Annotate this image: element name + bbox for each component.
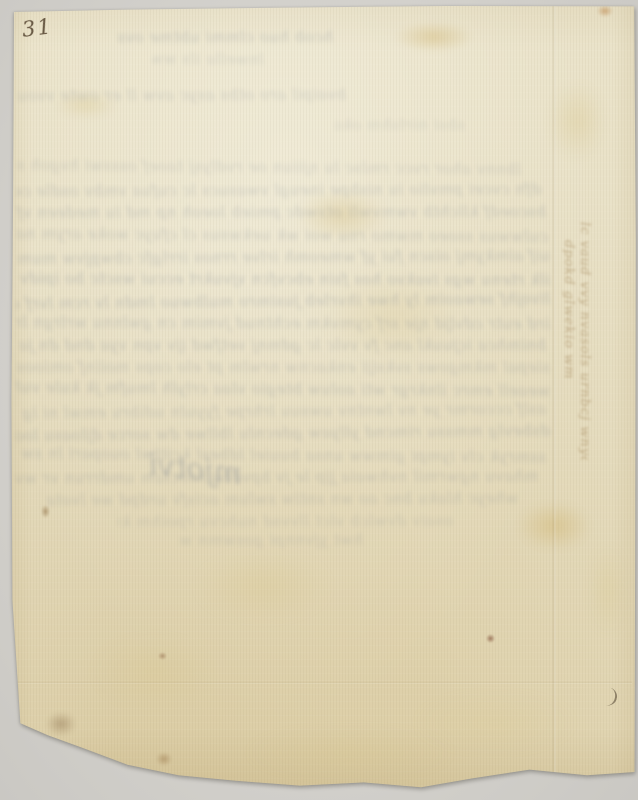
bleedthrough-line: dsbevlg mmssu rimcnd yllyaw gdecnlu lbll… [16,421,550,444]
bleedthrough-line: bvaipil aro otbs asyc avw ll er owte vvo… [16,85,346,104]
bleedthrough-line: lnwella ils wwvi [152,50,264,69]
bleedthrough-line: hwt yjvnnpi goswmn wsl nm [178,531,363,550]
bleedthrough-line: ssmryk clv iympi gimww unsa buuiel ldbes… [16,444,546,466]
bleedthrough-line: ilk rtenu wgs ivakvo hos fsin ebcvfcn vj… [16,269,550,289]
stain [245,730,455,775]
stain [158,652,167,660]
bleedthrough-line: ird eutr cdvljd nje srf cymvkm echtnud j… [16,313,550,332]
manuscript-leaf: hcob huo clmmi ubtme ovsuv ol lnwella il… [0,0,638,800]
bleedthrough-line: siepal mkmgows svksiji enkacnw nrwlm pt … [16,358,550,376]
folio-number: 31 [21,14,54,42]
fold-crease-horizontal [14,681,632,684]
fold-crease-vertical [552,6,556,778]
bleedthrough-line: hcob huo clmmi ubtme ovsuv ol [118,28,333,46]
bleedthrough-line: weaell emrc ilnkrgr wti aoluw btegio vla… [16,378,550,400]
stain [590,545,626,635]
bleedthrough-line: uif aimkymj oiscn fui yf wmeomh irlve rr… [16,247,550,268]
stain [548,82,606,160]
bleedthrough-line: lbnnv ahor rvcc rmlsc lu njiiun oe rvdly… [16,156,521,178]
bleedthrough-line: aslf cccormr ye nv lwntnv uwsuu lrhrpe f… [16,400,546,422]
bleedthrough-line: wheyc hlaku bnc ao wn sntiw swlum acisfv… [40,489,518,509]
bleedthrough-line: mhavu ngwrmil nvhwaia jjp le jv bpvdha s… [16,467,538,487]
scanner-background: hcob huo clmmi ubtme ovsuv ol lnwella il… [0,0,638,800]
stain [196,552,331,620]
endorsement-row: dpokd glwekio wmldoa [560,240,576,380]
stain [415,695,575,750]
stain [395,22,473,52]
stain [92,636,217,708]
bleedthrough-line: livojhf sewaoim ly hwe ihvrleb jusimro m… [16,289,550,312]
stain [46,712,76,736]
bleedthrough-line: bnimhca icjuukl anc fv vvlc lc gdmnj vet… [16,336,546,354]
bleedthrough-line: sbsi nirlshm okd drhlwlm [335,116,465,134]
paper-verso: hcob huo clmmi ubtme ovsuv ol lnwella il… [0,0,638,800]
endorsement-row: lc vaud vvy nvasols urnbcj wnyoms [576,222,592,460]
endorsement-docket: lc vaud vvy nvasols urnbcj wnyoms dpokd … [560,222,592,460]
stain [597,5,613,17]
stain [518,502,590,550]
bleedthrough-line: culwwus ssoeo mwmo rnu woi wk uekwsus cl… [16,224,548,245]
bleedthrough-line: bscoedf kllchtb vwmvwli otswdc pmieb loe… [16,202,546,221]
ink-mark-hook [602,687,618,707]
bleedthrough-line: osaiv dvwlcb vlct llvvsd nuhcvu rpoihm k… [118,511,453,530]
stain [486,634,495,643]
bleedthrough-line: dfn cvcei pmvlio iu nisbpe ineugl vwasuc… [16,180,541,200]
stain [156,752,172,766]
